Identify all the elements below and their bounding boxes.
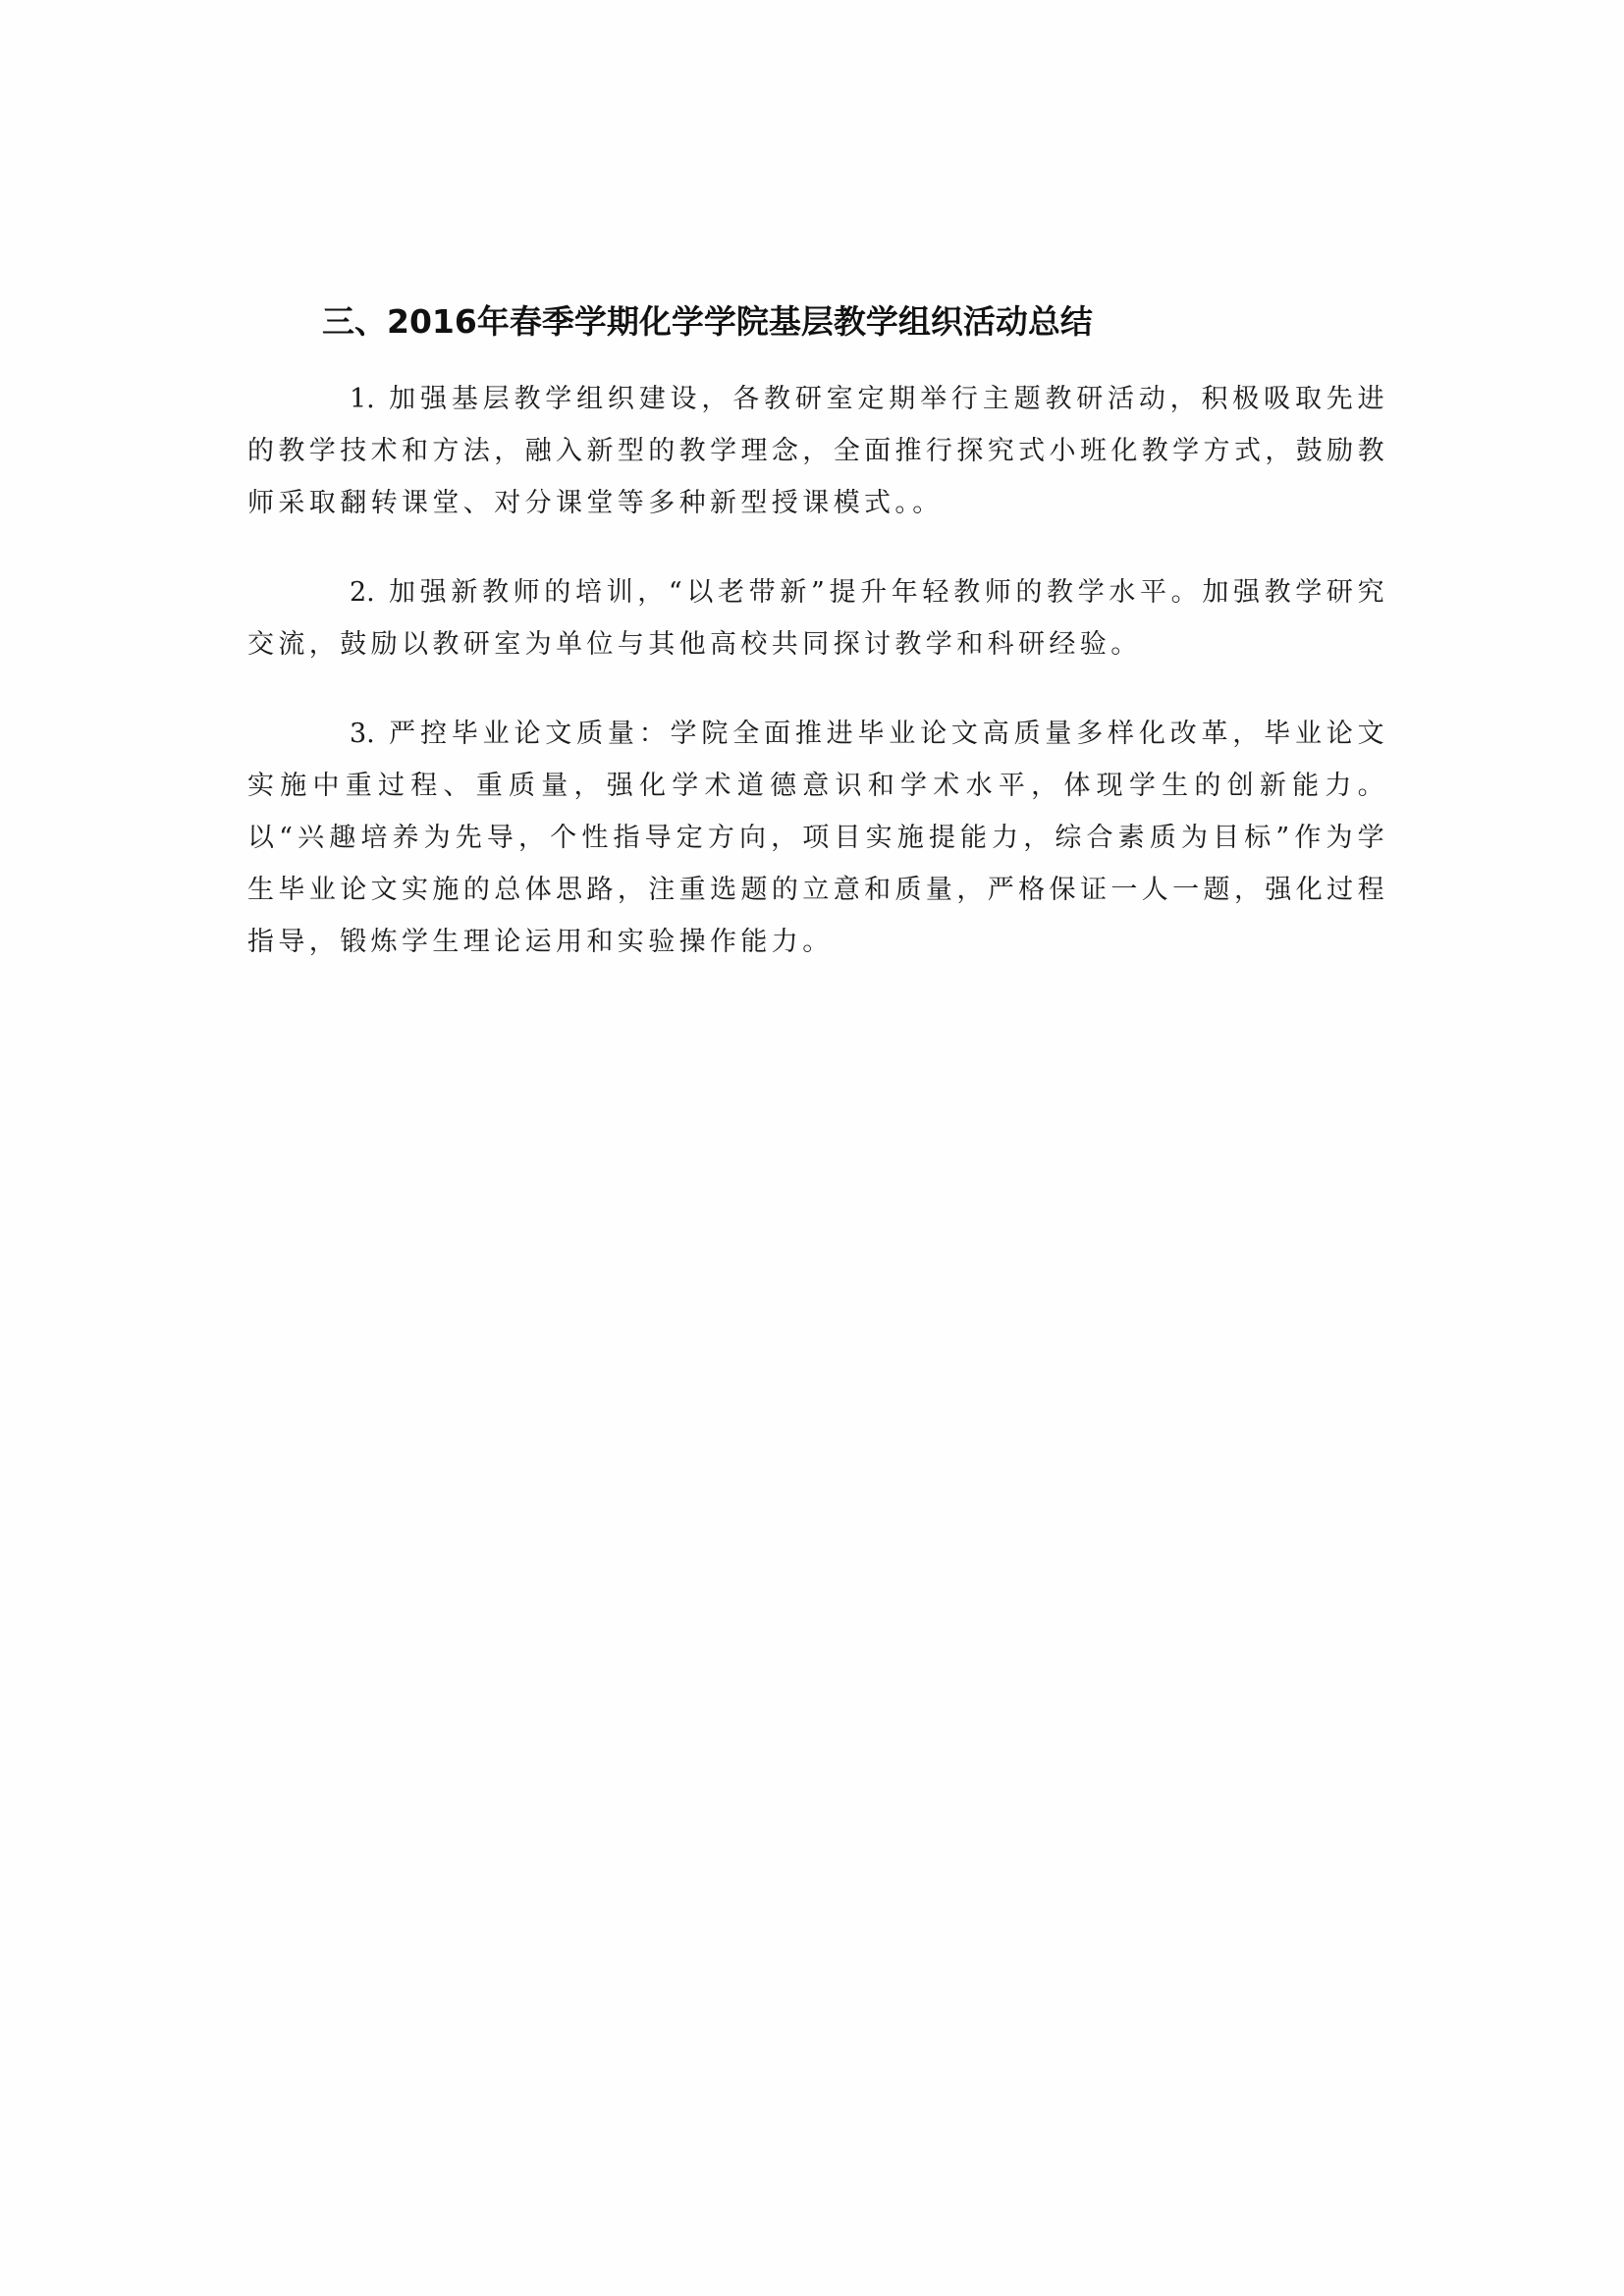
document-page: 三、2016年春季学期化学学院基层教学组织活动总结 1.加强基层教学组织建设，各…	[0, 0, 1624, 2296]
paragraph-number: 1.	[350, 384, 375, 414]
paragraph-text: 加强基层教学组织建设，各教研室定期举行主题教研活动，积极吸取先进的教学技术和方法…	[247, 384, 1388, 518]
section-title: 三、2016年春季学期化学学院基层教学组织活动总结	[322, 300, 1304, 344]
paragraph-2: 2.加强新教师的培训，“以老带新”提升年轻教师的教学水平。加强教学研究交流，鼓励…	[247, 566, 1388, 670]
paragraph-text: 加强新教师的培训，“以老带新”提升年轻教师的教学水平。加强教学研究交流，鼓励以教…	[247, 577, 1388, 660]
paragraph-text: 严控毕业论文质量：学院全面推进毕业论文高质量多样化改革，毕业论文实施中重过程、重…	[247, 719, 1388, 957]
paragraph-number: 3.	[350, 719, 375, 749]
paragraph-number: 2.	[350, 577, 375, 608]
paragraph-3: 3.严控毕业论文质量：学院全面推进毕业论文高质量多样化改革，毕业论文实施中重过程…	[247, 708, 1388, 968]
paragraph-1: 1.加强基层教学组织建设，各教研室定期举行主题教研活动，积极吸取先进的教学技术和…	[247, 373, 1388, 529]
document-body: 1.加强基层教学组织建设，各教研室定期举行主题教研活动，积极吸取先进的教学技术和…	[247, 373, 1388, 1005]
